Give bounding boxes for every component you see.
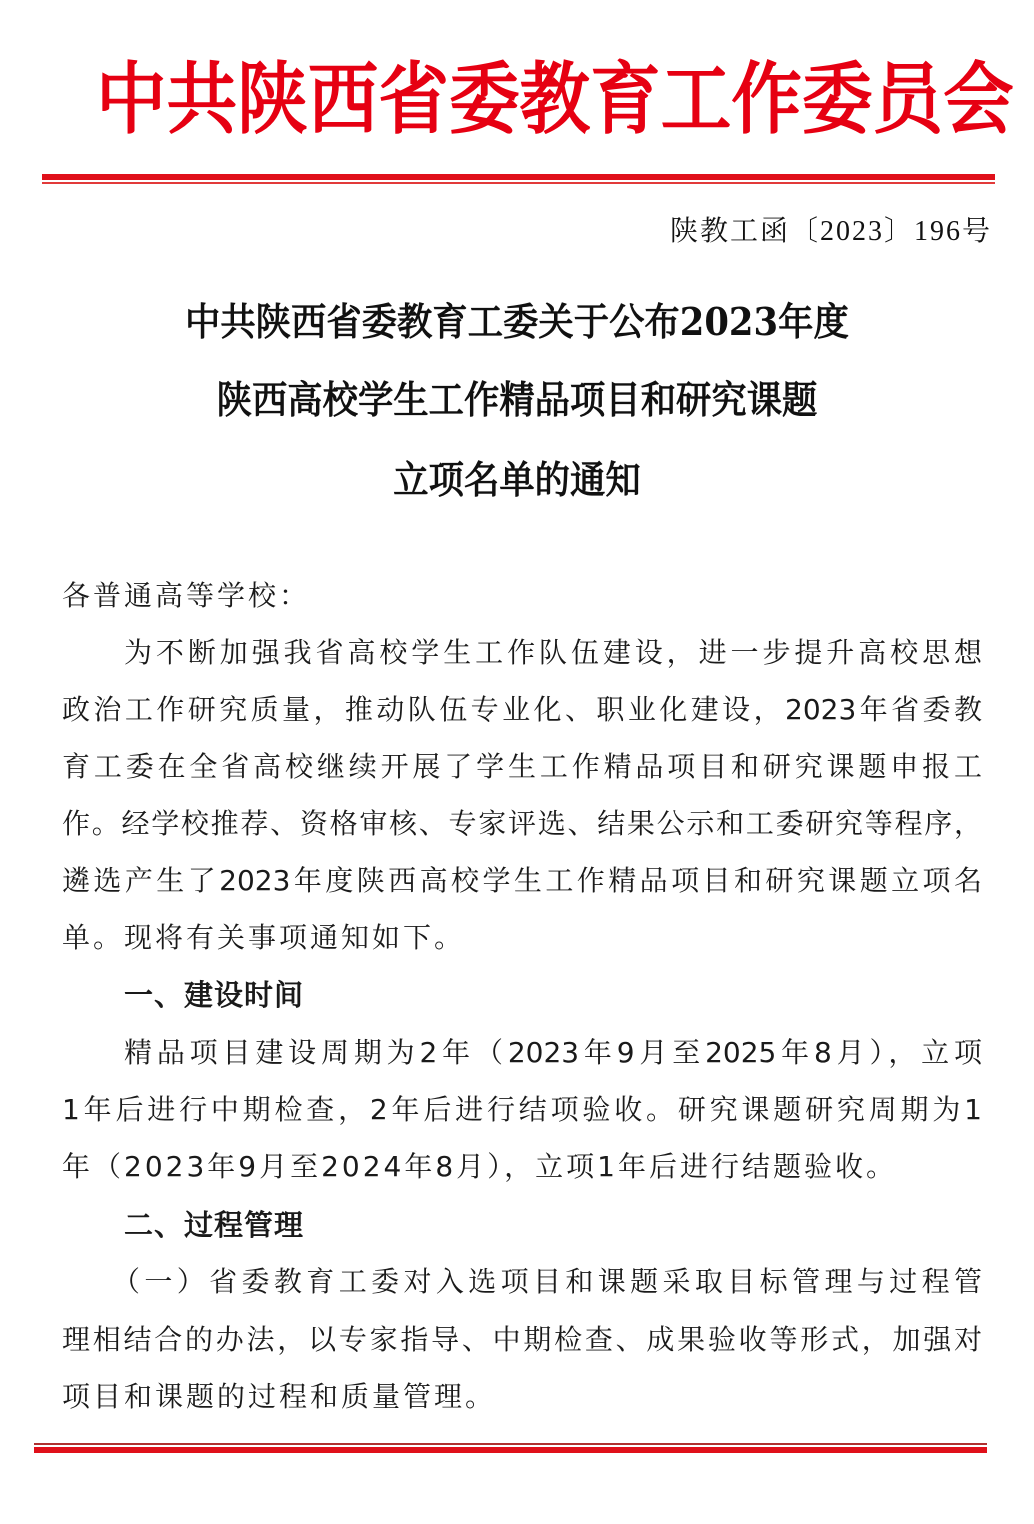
- masthead: 中共陕西省委教育工作委员会: [96, 52, 942, 148]
- paragraph-line: 项目和课题的过程和质量管理。: [62, 1377, 982, 1417]
- document-number: 陕教工函〔2023〕196号: [670, 212, 992, 252]
- header-rule-thin: [42, 182, 995, 184]
- paragraph-line: 单。现将有关事项通知如下。: [62, 918, 982, 958]
- document-page: 中共陕西省委教育工作委员会 陕教工函〔2023〕196号 中共陕西省委教育工委关…: [0, 0, 1034, 1524]
- title-text: 立项名单的通知: [393, 452, 640, 508]
- document-title-line-1: 中共陕西省委教育工委关于公布2023年度: [0, 294, 1034, 350]
- paragraph-line: 精品项目建设周期为2年（2023年9月至2025年8月），立项: [124, 1033, 982, 1073]
- paragraph-line: 育工委在全省高校继续开展了学生工作精品项目和研究课题申报工: [62, 747, 982, 787]
- paragraph-line: 年（2023年9月至2024年8月），立项1年后进行结题验收。: [62, 1147, 982, 1187]
- section-heading-construction-period: 一、建设时间: [124, 975, 982, 1015]
- header-rule-thick: [42, 174, 995, 180]
- document-title-line-3: 立项名单的通知: [0, 452, 1034, 508]
- paragraph-line: 作。经学校推荐、资格审核、专家评选、结果公示和工委研究等程序，: [62, 804, 982, 844]
- footer-rule-thick: [34, 1447, 987, 1453]
- title-text: 陕西高校学生工作精品项目和研究课题: [217, 372, 818, 428]
- masthead-title: 中共陕西省委教育工作委员会: [96, 52, 1014, 148]
- salutation: 各普通高等学校：: [62, 576, 982, 616]
- document-title-line-2: 陕西高校学生工作精品项目和研究课题: [0, 372, 1034, 428]
- section-heading-process-management: 二、过程管理: [124, 1205, 982, 1245]
- paragraph-line: 为不断加强我省高校学生工作队伍建设，进一步提升高校思想: [124, 633, 982, 673]
- footer-rule-thin: [34, 1443, 987, 1445]
- paragraph-line: 1年后进行中期检查，2年后进行结项验收。研究课题研究周期为1: [62, 1090, 982, 1130]
- title-text: 中共陕西省委教育工委关于公布2023年度: [185, 294, 849, 350]
- paragraph-line: 遴选产生了2023年度陕西高校学生工作精品项目和研究课题立项名: [62, 861, 982, 901]
- paragraph-line: 政治工作研究质量，推动队伍专业化、职业化建设，2023年省委教: [62, 690, 982, 730]
- paragraph-line: （一）省委教育工委对入选项目和课题采取目标管理与过程管: [112, 1262, 982, 1302]
- paragraph-line: 理相结合的办法，以专家指导、中期检查、成果验收等形式，加强对: [62, 1320, 982, 1360]
